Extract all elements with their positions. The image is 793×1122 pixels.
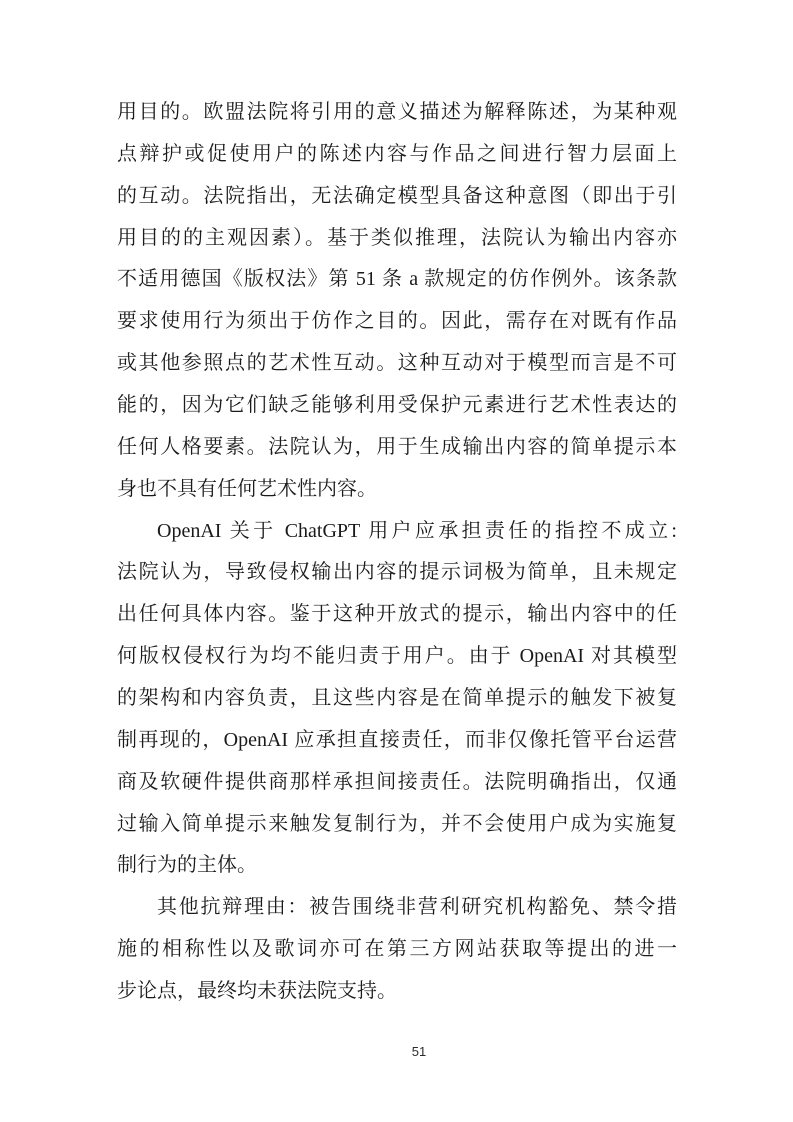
- document-page: 用目的。欧盟法院将引用的意义描述为解释陈述，为某种观 点辩护或促使用户的陈述内容…: [0, 0, 793, 1122]
- text-line: 能的，因为它们缺乏能够利用受保护元素进行艺术性表达的: [117, 385, 677, 427]
- text-line: 过输入简单提示来触发复制行为，并不会使用户成为实施复: [117, 804, 677, 846]
- paragraph-other-defenses: 其他抗辩理由：被告围绕非营利研究机构豁免、禁令措 施的相称性以及歌词亦可在第三方…: [117, 887, 677, 1013]
- page-number: 51: [407, 1044, 431, 1059]
- text-line: 法院认为，导致侵权输出内容的提示词极为简单，且未规定: [117, 552, 677, 594]
- text-line: 其他抗辩理由：被告围绕非营利研究机构豁免、禁令措: [117, 887, 677, 929]
- text-line: 商及软硬件提供商那样承担间接责任。法院明确指出，仅通: [117, 762, 677, 804]
- text-line: 何版权侵权行为均不能归责于用户。由于 OpenAI 对其模型: [117, 636, 677, 678]
- text-line: 的互动。法院指出，无法确定模型具备这种意图（即出于引: [117, 176, 677, 218]
- paragraph-user-liability: OpenAI 关于 ChatGPT 用户应承担责任的指控不成立: 法院认为，导致…: [117, 511, 677, 888]
- text-line: 任何人格要素。法院认为，用于生成输出内容的简单提示本: [117, 427, 677, 469]
- text-line: 点辩护或促使用户的陈述内容与作品之间进行智力层面上: [117, 134, 677, 176]
- text-line: 施的相称性以及歌词亦可在第三方网站获取等提出的进一: [117, 929, 677, 971]
- text-line: 步论点，最终均未获法院支持。: [117, 971, 677, 1013]
- text-line: 要求使用行为须出于仿作之目的。因此，需存在对既有作品: [117, 301, 677, 343]
- text-line: 制再现的，OpenAI 应承担直接责任，而非仅像托管平台运营: [117, 720, 677, 762]
- text-line: 出任何具体内容。鉴于这种开放式的提示，输出内容中的任: [117, 594, 677, 636]
- text-line: 用目的的主观因素）。基于类似推理，法院认为输出内容亦: [117, 218, 677, 260]
- text-line: OpenAI 关于 ChatGPT 用户应承担责任的指控不成立:: [117, 511, 677, 553]
- text-line: 用目的。欧盟法院将引用的意义描述为解释陈述，为某种观: [117, 92, 677, 134]
- text-line: 或其他参照点的艺术性互动。这种互动对于模型而言是不可: [117, 343, 677, 385]
- text-line: 身也不具有任何艺术性内容。: [117, 469, 677, 511]
- paragraph-quotation-analysis: 用目的。欧盟法院将引用的意义描述为解释陈述，为某种观 点辩护或促使用户的陈述内容…: [117, 92, 677, 511]
- text-line: 的架构和内容负责，且这些内容是在简单提示的触发下被复: [117, 678, 677, 720]
- text-line: 不适用德国《版权法》第 51 条 a 款规定的仿作例外。该条款: [117, 259, 677, 301]
- document-body: 用目的。欧盟法院将引用的意义描述为解释陈述，为某种观 点辩护或促使用户的陈述内容…: [117, 92, 677, 1013]
- text-line: 制行为的主体。: [117, 845, 677, 887]
